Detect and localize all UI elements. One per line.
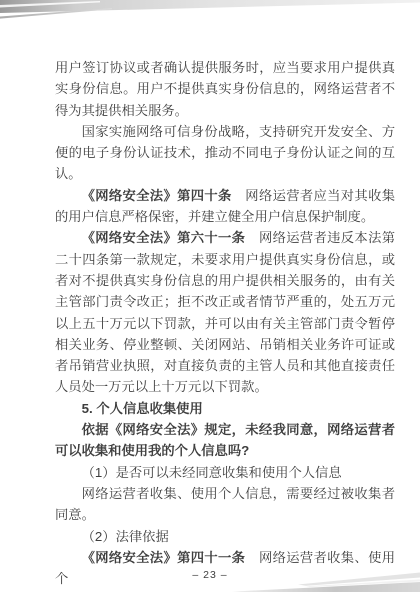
paragraph-consent-answer: 网络运营者收集、使用个人信息，需要经过被收集者同意。 [55,483,395,526]
paragraph-continuation: 用户签订协议或者确认提供服务时，应当要求用户提供真实身份信息。用户不提供真实身份… [55,57,395,121]
section-heading-5: 5. 个人信息收集使用 [55,398,395,419]
body-text: 网络运营者违反本法第二十四条第一款规定，未要求用户提供真实身份信息，或者对不提供… [55,230,395,394]
body-text: 国家实施网络可信身份战略，支持研究开发安全、方便的电子身份认证技术，推动不同电子… [55,124,395,182]
body-text: 网络运营者收集、使用个人信息，需要经过被收集者同意。 [55,486,395,522]
text-column: 用户签订协议或者确认提供服务时，应当要求用户提供真实身份信息。用户不提供真实身份… [55,57,395,589]
body-text: （2）法律依据 [82,529,169,544]
question-text-content: 依据《网络安全法》规定，未经我同意，网络运营者可以收集和使用我的个人信息吗? [55,422,395,458]
body-text: （1）是否可以未经同意收集和使用个人信息 [82,465,342,480]
question-text: 依据《网络安全法》规定，未经我同意，网络运营者可以收集和使用我的个人信息吗? [55,419,395,462]
subitem-1-heading: （1）是否可以未经同意收集和使用个人信息 [55,462,395,483]
law-citation: 《网络安全法》第六十一条 [82,230,246,245]
law-citation: 《网络安全法》第四十一条 [82,550,246,565]
paragraph-law-article-61: 《网络安全法》第六十一条 网络运营者违反本法第二十四条第一款规定，未要求用户提供… [55,227,395,397]
page-number: – 23 – [0,569,420,581]
subitem-2-heading: （2）法律依据 [55,526,395,547]
book-page: 用户签订协议或者确认提供服务时，应当要求用户提供真实身份信息。用户不提供真实身份… [0,0,420,592]
page-corner-decoration-top-left [0,0,420,30]
paragraph-national-strategy: 国家实施网络可信身份战略，支持研究开发安全、方便的电子身份认证技术，推动不同电子… [55,121,395,185]
paragraph-law-article-40: 《网络安全法》第四十条 网络运营者应当对其收集的用户信息严格保密，并建立健全用户… [55,185,395,228]
law-citation: 《网络安全法》第四十条 [82,188,232,203]
body-text: 用户签订协议或者确认提供服务时，应当要求用户提供真实身份信息。用户不提供真实身份… [55,60,395,118]
section-heading-text: 5. 个人信息收集使用 [82,401,203,416]
